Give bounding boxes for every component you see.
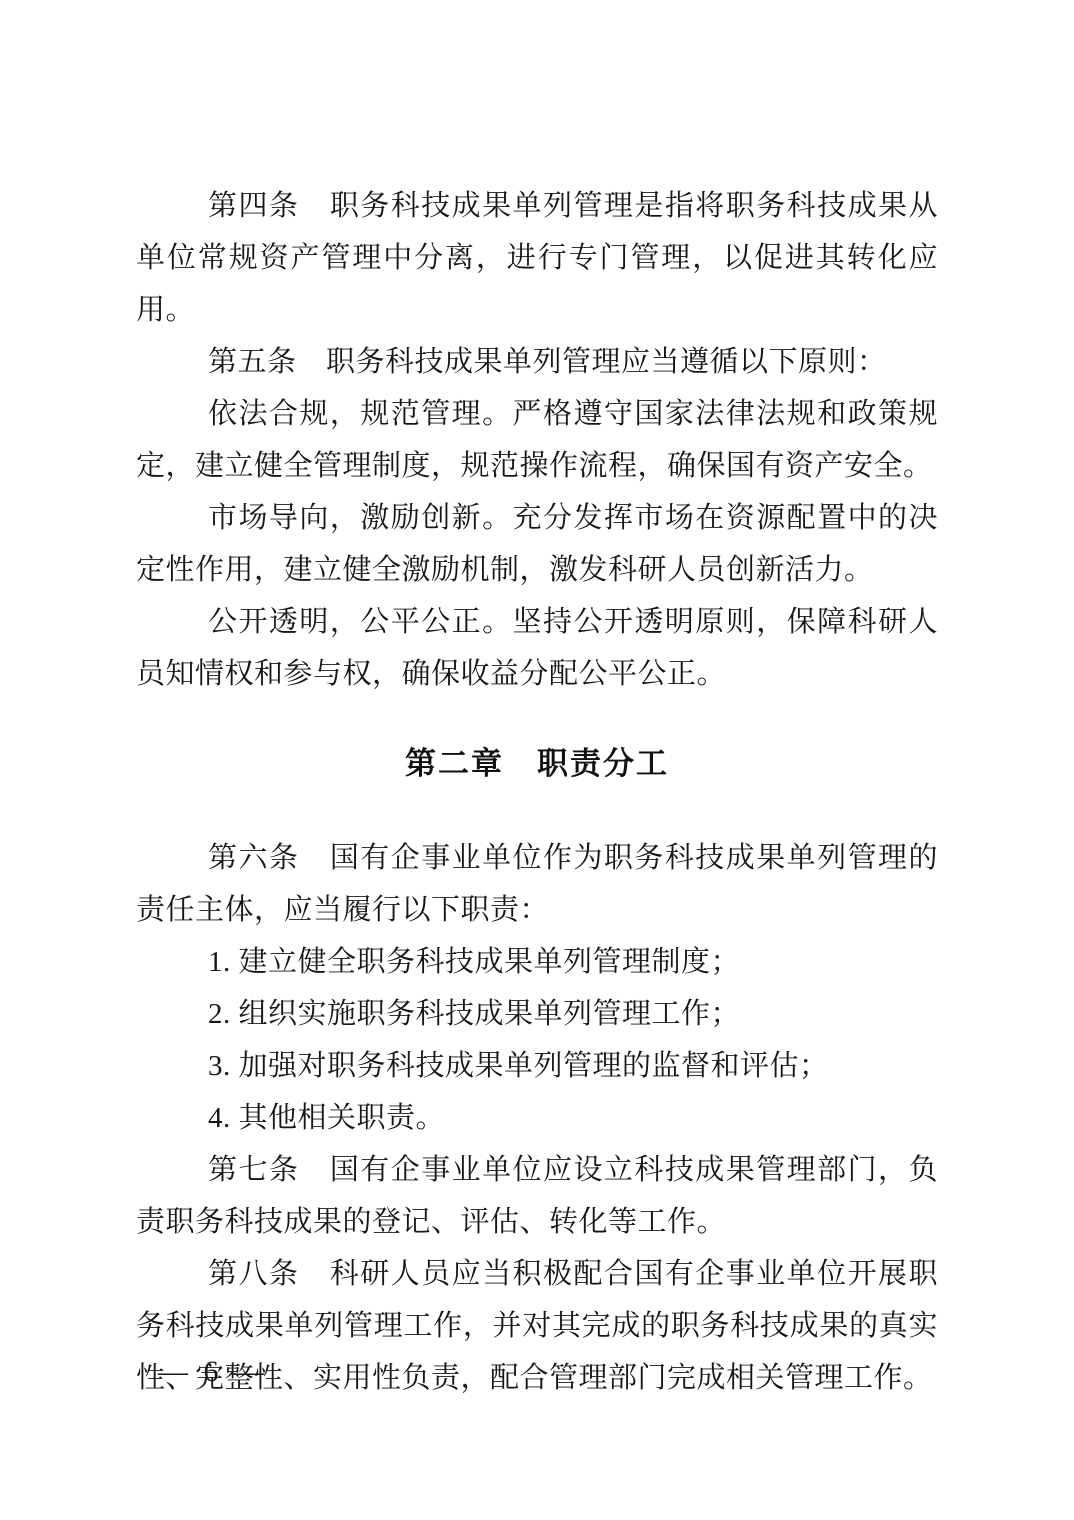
duty-list-item-3: 3. 加强对职务科技成果单列管理的监督和评估； bbox=[136, 1040, 938, 1092]
document-page: 第四条 职务科技成果单列管理是指将职务科技成果从单位常规资产管理中分离，进行专门… bbox=[0, 0, 1074, 1520]
principle-transparency-paragraph: 公开透明，公平公正。坚持公开透明原则，保障科研人员知情权和参与权，确保收益分配公… bbox=[136, 596, 938, 700]
duty-list-item-1: 1. 建立健全职务科技成果单列管理制度； bbox=[136, 936, 938, 988]
duty-list-item-2: 2. 组织实施职务科技成果单列管理工作； bbox=[136, 988, 938, 1040]
article-7-paragraph: 第七条 国有企事业单位应设立科技成果管理部门，负责职务科技成果的登记、评估、转化… bbox=[136, 1144, 938, 1248]
page-number: — 6 — bbox=[158, 1352, 268, 1392]
article-5-paragraph: 第五条 职务科技成果单列管理应当遵循以下原则： bbox=[136, 336, 938, 388]
principle-market-paragraph: 市场导向，激励创新。充分发挥市场在资源配置中的决定性作用，建立健全激励机制，激发… bbox=[136, 492, 938, 596]
principle-compliance-paragraph: 依法合规，规范管理。严格遵守国家法律法规和政策规定，建立健全管理制度，规范操作流… bbox=[136, 388, 938, 492]
article-6-paragraph: 第六条 国有企事业单位作为职务科技成果单列管理的责任主体，应当履行以下职责： bbox=[136, 832, 938, 936]
article-4-paragraph: 第四条 职务科技成果单列管理是指将职务科技成果从单位常规资产管理中分离，进行专门… bbox=[136, 180, 938, 336]
chapter-heading: 第二章 职责分工 bbox=[136, 738, 938, 790]
document-body: 第四条 职务科技成果单列管理是指将职务科技成果从单位常规资产管理中分离，进行专门… bbox=[136, 180, 938, 1404]
duty-list-item-4: 4. 其他相关职责。 bbox=[136, 1092, 938, 1144]
